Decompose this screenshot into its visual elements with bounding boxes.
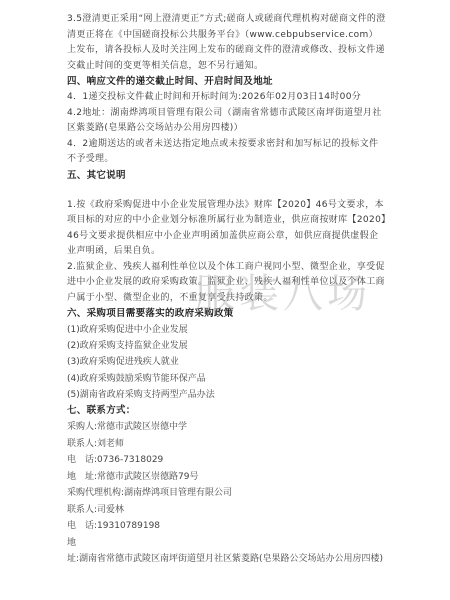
agency-name: 采购代理机构:湖南烨鸿项目管理有限公司	[67, 485, 387, 502]
section6-heading: 六、采购项目需要落实的政府采购政策	[67, 306, 387, 322]
clarification-paragraph: 3.5澄清更正采用“网上澄清更正”方式;磋商人或磋商代理机构对磋商文件的澄清更正…	[67, 12, 387, 74]
policy-item: (5)湖南省政府采购支持两型产品办法	[67, 387, 387, 403]
section4-item: 4.2地址：湖南烨鸿项目管理有限公司（湖南省常德市武陵区南坪街道望月社区紫菱路(…	[67, 106, 387, 137]
value: 19310789198	[97, 521, 160, 531]
section7-heading: 七、联系方式：	[67, 403, 387, 419]
agency-phone: 电 话:19310789198	[67, 518, 387, 535]
policy-item: (4)政府采购鼓励采购节能环保产品	[67, 371, 387, 387]
label: 址:	[67, 554, 79, 564]
section5-item: 1.按《政府采购促进中小企业发展管理办法》财库【2020】46号文要求，本项目标…	[67, 198, 387, 260]
agency-address-label: 地	[67, 535, 387, 552]
value: 0736-7318029	[97, 455, 163, 465]
label: 联系人:	[67, 439, 97, 449]
agency-address: 址:湖南省常德市武陵区南坪街道望月社区紫菱路(皂果路公交场站办公用房四楼)	[67, 551, 387, 568]
policy-item: (1)政府采购促进中小企业发展	[67, 322, 387, 338]
section5-heading: 五、其它说明	[67, 168, 387, 184]
section4-item: 4．2逾期送达的或者未送达指定地点或未按要求密封和加写标记的投标文件不予受理。	[67, 137, 387, 168]
purchaser-address: 地 址:常德市武陵区崇德路79号	[67, 469, 387, 486]
value: 刘老师	[97, 439, 124, 449]
purchaser-name: 采购人:常德市武陵区崇德中学	[67, 419, 387, 436]
purchaser-phone: 电 话:0736-7318029	[67, 452, 387, 469]
section4-item: 4．1递交投标文件截止时间和开标时间为:2026年02月03日14时00分	[67, 90, 387, 106]
purchaser-contact: 联系人:刘老师	[67, 436, 387, 453]
spacer	[67, 184, 387, 198]
value: 司爱林	[97, 505, 124, 515]
label: 采购代理机构:	[67, 488, 124, 498]
value: 常德市武陵区崇德中学	[97, 422, 187, 432]
label: 采购人:	[67, 422, 97, 432]
label: 地 址:	[67, 472, 97, 482]
label: 电 话:	[67, 521, 97, 531]
policy-item: (2)政府采购支持监狱企业发展	[67, 338, 387, 354]
section5-item: 2.监狱企业、残疾人福利性单位以及个体工商户视同小型、微型企业，享受促进中小企业…	[67, 260, 387, 307]
agency-contact: 联系人:司爱林	[67, 502, 387, 519]
value: 湖南烨鸿项目管理有限公司	[124, 488, 232, 498]
document-page: 3.5澄清更正采用“网上澄清更正”方式;磋商人或磋商代理机构对磋商文件的澄清更正…	[67, 12, 387, 568]
value: 常德市武陵区崇德路79号	[97, 472, 198, 482]
label: 电 话:	[67, 455, 97, 465]
section4-heading: 四、响应文件的递交截止时间、开启时间及地址	[67, 74, 387, 90]
value: 湖南省常德市武陵区南坪街道望月社区紫菱路(皂果路公交场站办公用房四楼)	[79, 554, 383, 564]
label: 联系人:	[67, 505, 97, 515]
policy-item: (3)政府采购促进残疾人就业	[67, 354, 387, 370]
